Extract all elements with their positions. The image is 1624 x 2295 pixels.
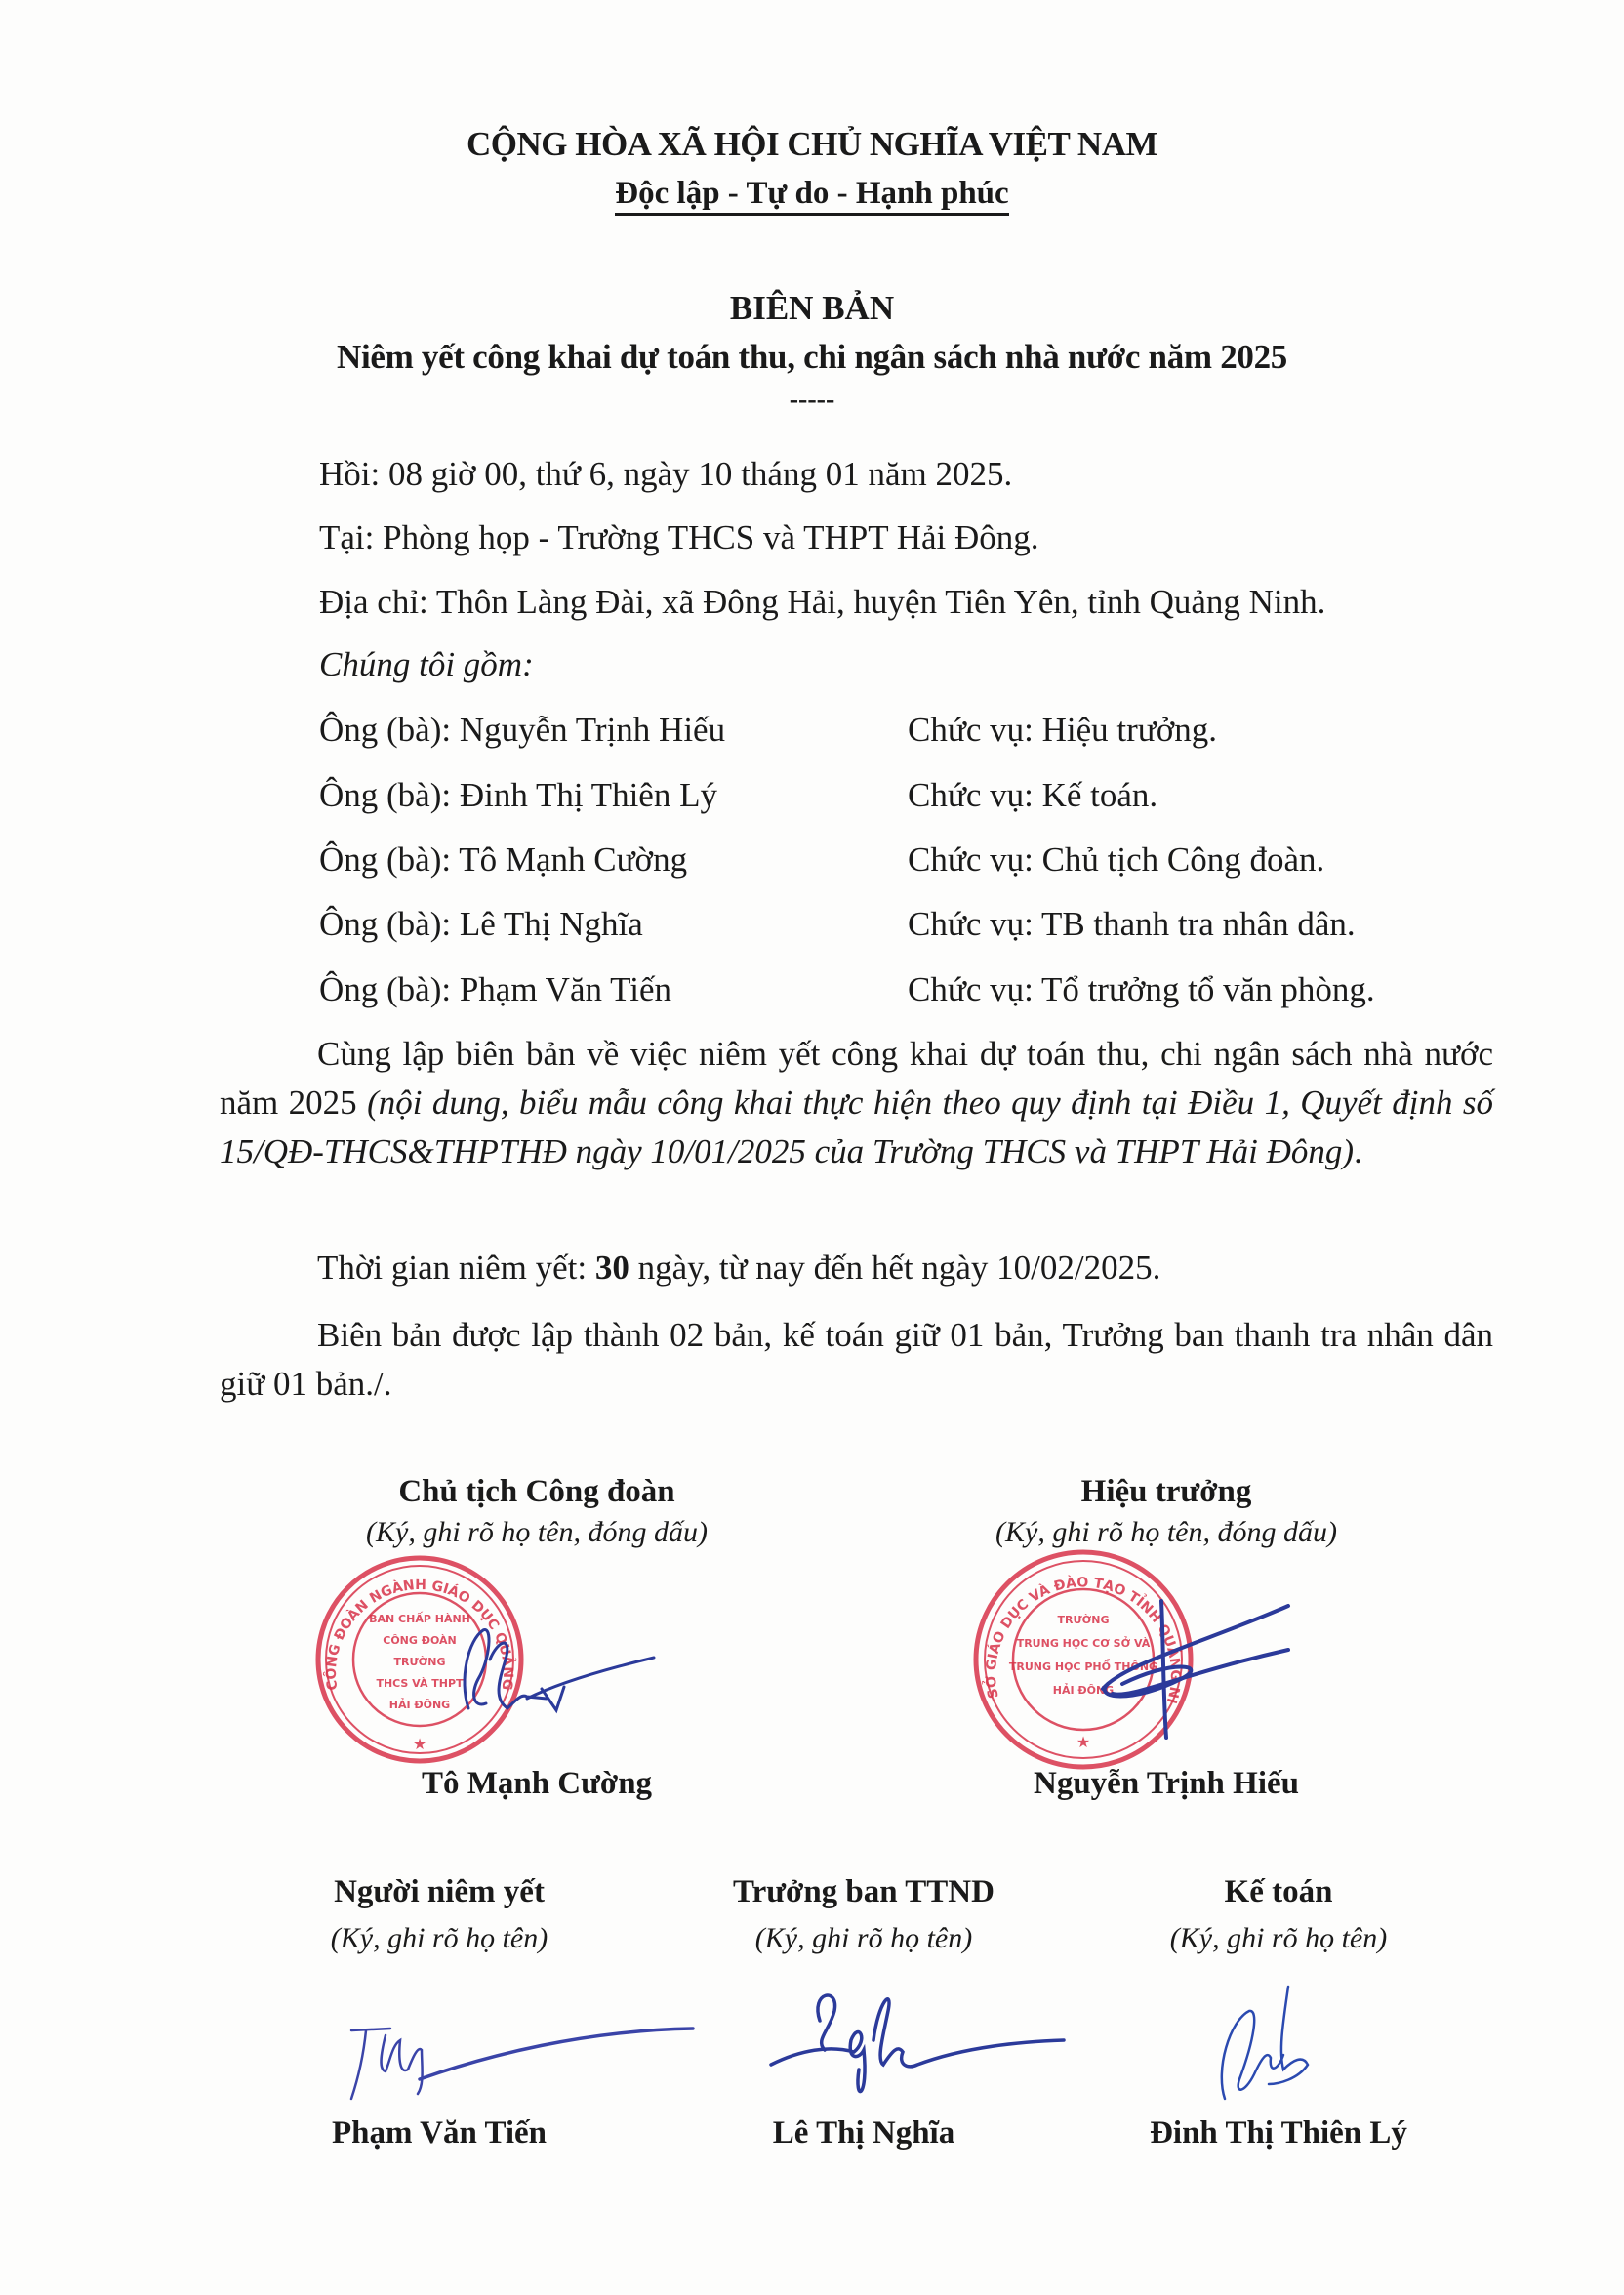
signature-poster-icon	[332, 2001, 703, 2109]
motto-text: Độc lập - Tự do - Hạnh phúc	[615, 176, 1008, 216]
copies-text: Biên bản được lập thành 02 bản, kế toán …	[220, 1316, 1493, 1403]
attendee-role: Chức vụ: Chủ tịch Công đoàn.	[908, 840, 1324, 880]
signature-inspection-head-icon	[761, 1982, 1074, 2109]
signer-note: (Ký, ghi rõ họ tên, đóng dấu)	[293, 1516, 781, 1549]
duration-days: 30	[595, 1249, 629, 1287]
signer-title: Trưởng ban TTND	[688, 1874, 1039, 1910]
signer-note: (Ký, ghi rõ họ tên, đóng dấu)	[922, 1516, 1410, 1549]
signer-note: (Ký, ghi rõ họ tên)	[1103, 1922, 1454, 1955]
attendee-name: Ông (bà): Đinh Thị Thiên Lý	[319, 776, 717, 815]
meeting-address: Địa chỉ: Thôn Làng Đài, xã Đông Hải, huy…	[319, 583, 1325, 622]
attendee-role: Chức vụ: Hiệu trưởng.	[908, 711, 1217, 750]
signer-title: Chủ tịch Công đoàn	[293, 1474, 781, 1510]
attendee-name: Ông (bà): Nguyễn Trịnh Hiếu	[319, 711, 725, 750]
signer-name: Phạm Văn Tiến	[264, 2115, 615, 2152]
signer-title: Người niêm yết	[264, 1874, 615, 1910]
signature-principal-icon	[1093, 1591, 1308, 1747]
signer-title: Hiệu trưởng	[922, 1474, 1410, 1510]
title-separator: -----	[0, 385, 1624, 416]
document-title: BIÊN BẢN	[0, 289, 1624, 328]
meeting-place: Tại: Phòng họp - Trường THCS và THPT Hải…	[319, 518, 1039, 557]
attendee-name: Ông (bà): Phạm Văn Tiến	[319, 970, 671, 1009]
national-header: CỘNG HÒA XÃ HỘI CHỦ NGHĨA VIỆT NAM	[0, 125, 1624, 164]
paragraph-copies: Biên bản được lập thành 02 bản, kế toán …	[220, 1311, 1493, 1409]
signer-note: (Ký, ghi rõ họ tên)	[264, 1922, 615, 1955]
signer-name: Đinh Thị Thiên Lý	[1103, 2115, 1454, 2152]
duration-prefix: Thời gian niêm yết:	[317, 1249, 595, 1287]
attendee-name: Ông (bà): Tô Mạnh Cường	[319, 840, 687, 880]
national-motto: Độc lập - Tự do - Hạnh phúc	[0, 176, 1624, 212]
signature-union-chair-icon	[429, 1601, 664, 1738]
signer-title: Kế toán	[1103, 1874, 1454, 1910]
paragraph-duration: Thời gian niêm yết: 30 ngày, từ nay đến …	[220, 1244, 1493, 1292]
attendee-role: Chức vụ: Tổ trưởng tổ văn phòng.	[908, 970, 1375, 1009]
meeting-time: Hồi: 08 giờ 00, thứ 6, ngày 10 tháng 01 …	[319, 455, 1012, 494]
attendees-label: Chúng tôi gồm:	[319, 645, 534, 684]
signer-note: (Ký, ghi rõ họ tên)	[688, 1922, 1039, 1955]
attendee-role: Chức vụ: Kế toán.	[908, 776, 1157, 815]
purpose-reference: (nội dung, biểu mẫu công khai thực hiện …	[220, 1084, 1493, 1170]
signature-accountant-icon	[1200, 1982, 1347, 2109]
signer-name: Nguyễn Trịnh Hiếu	[922, 1766, 1410, 1802]
purpose-end: .	[1354, 1132, 1362, 1170]
document-subtitle: Niêm yết công khai dự toán thu, chi ngân…	[0, 338, 1624, 377]
attendee-role: Chức vụ: TB thanh tra nhân dân.	[908, 905, 1356, 944]
signer-name: Lê Thị Nghĩa	[688, 2115, 1039, 2152]
duration-suffix: ngày, từ nay đến hết ngày 10/02/2025.	[629, 1249, 1161, 1287]
attendee-name: Ông (bà): Lê Thị Nghĩa	[319, 905, 643, 944]
paragraph-purpose: Cùng lập biên bản về việc niêm yết công …	[220, 1030, 1493, 1176]
signer-name: Tô Mạnh Cường	[293, 1766, 781, 1802]
